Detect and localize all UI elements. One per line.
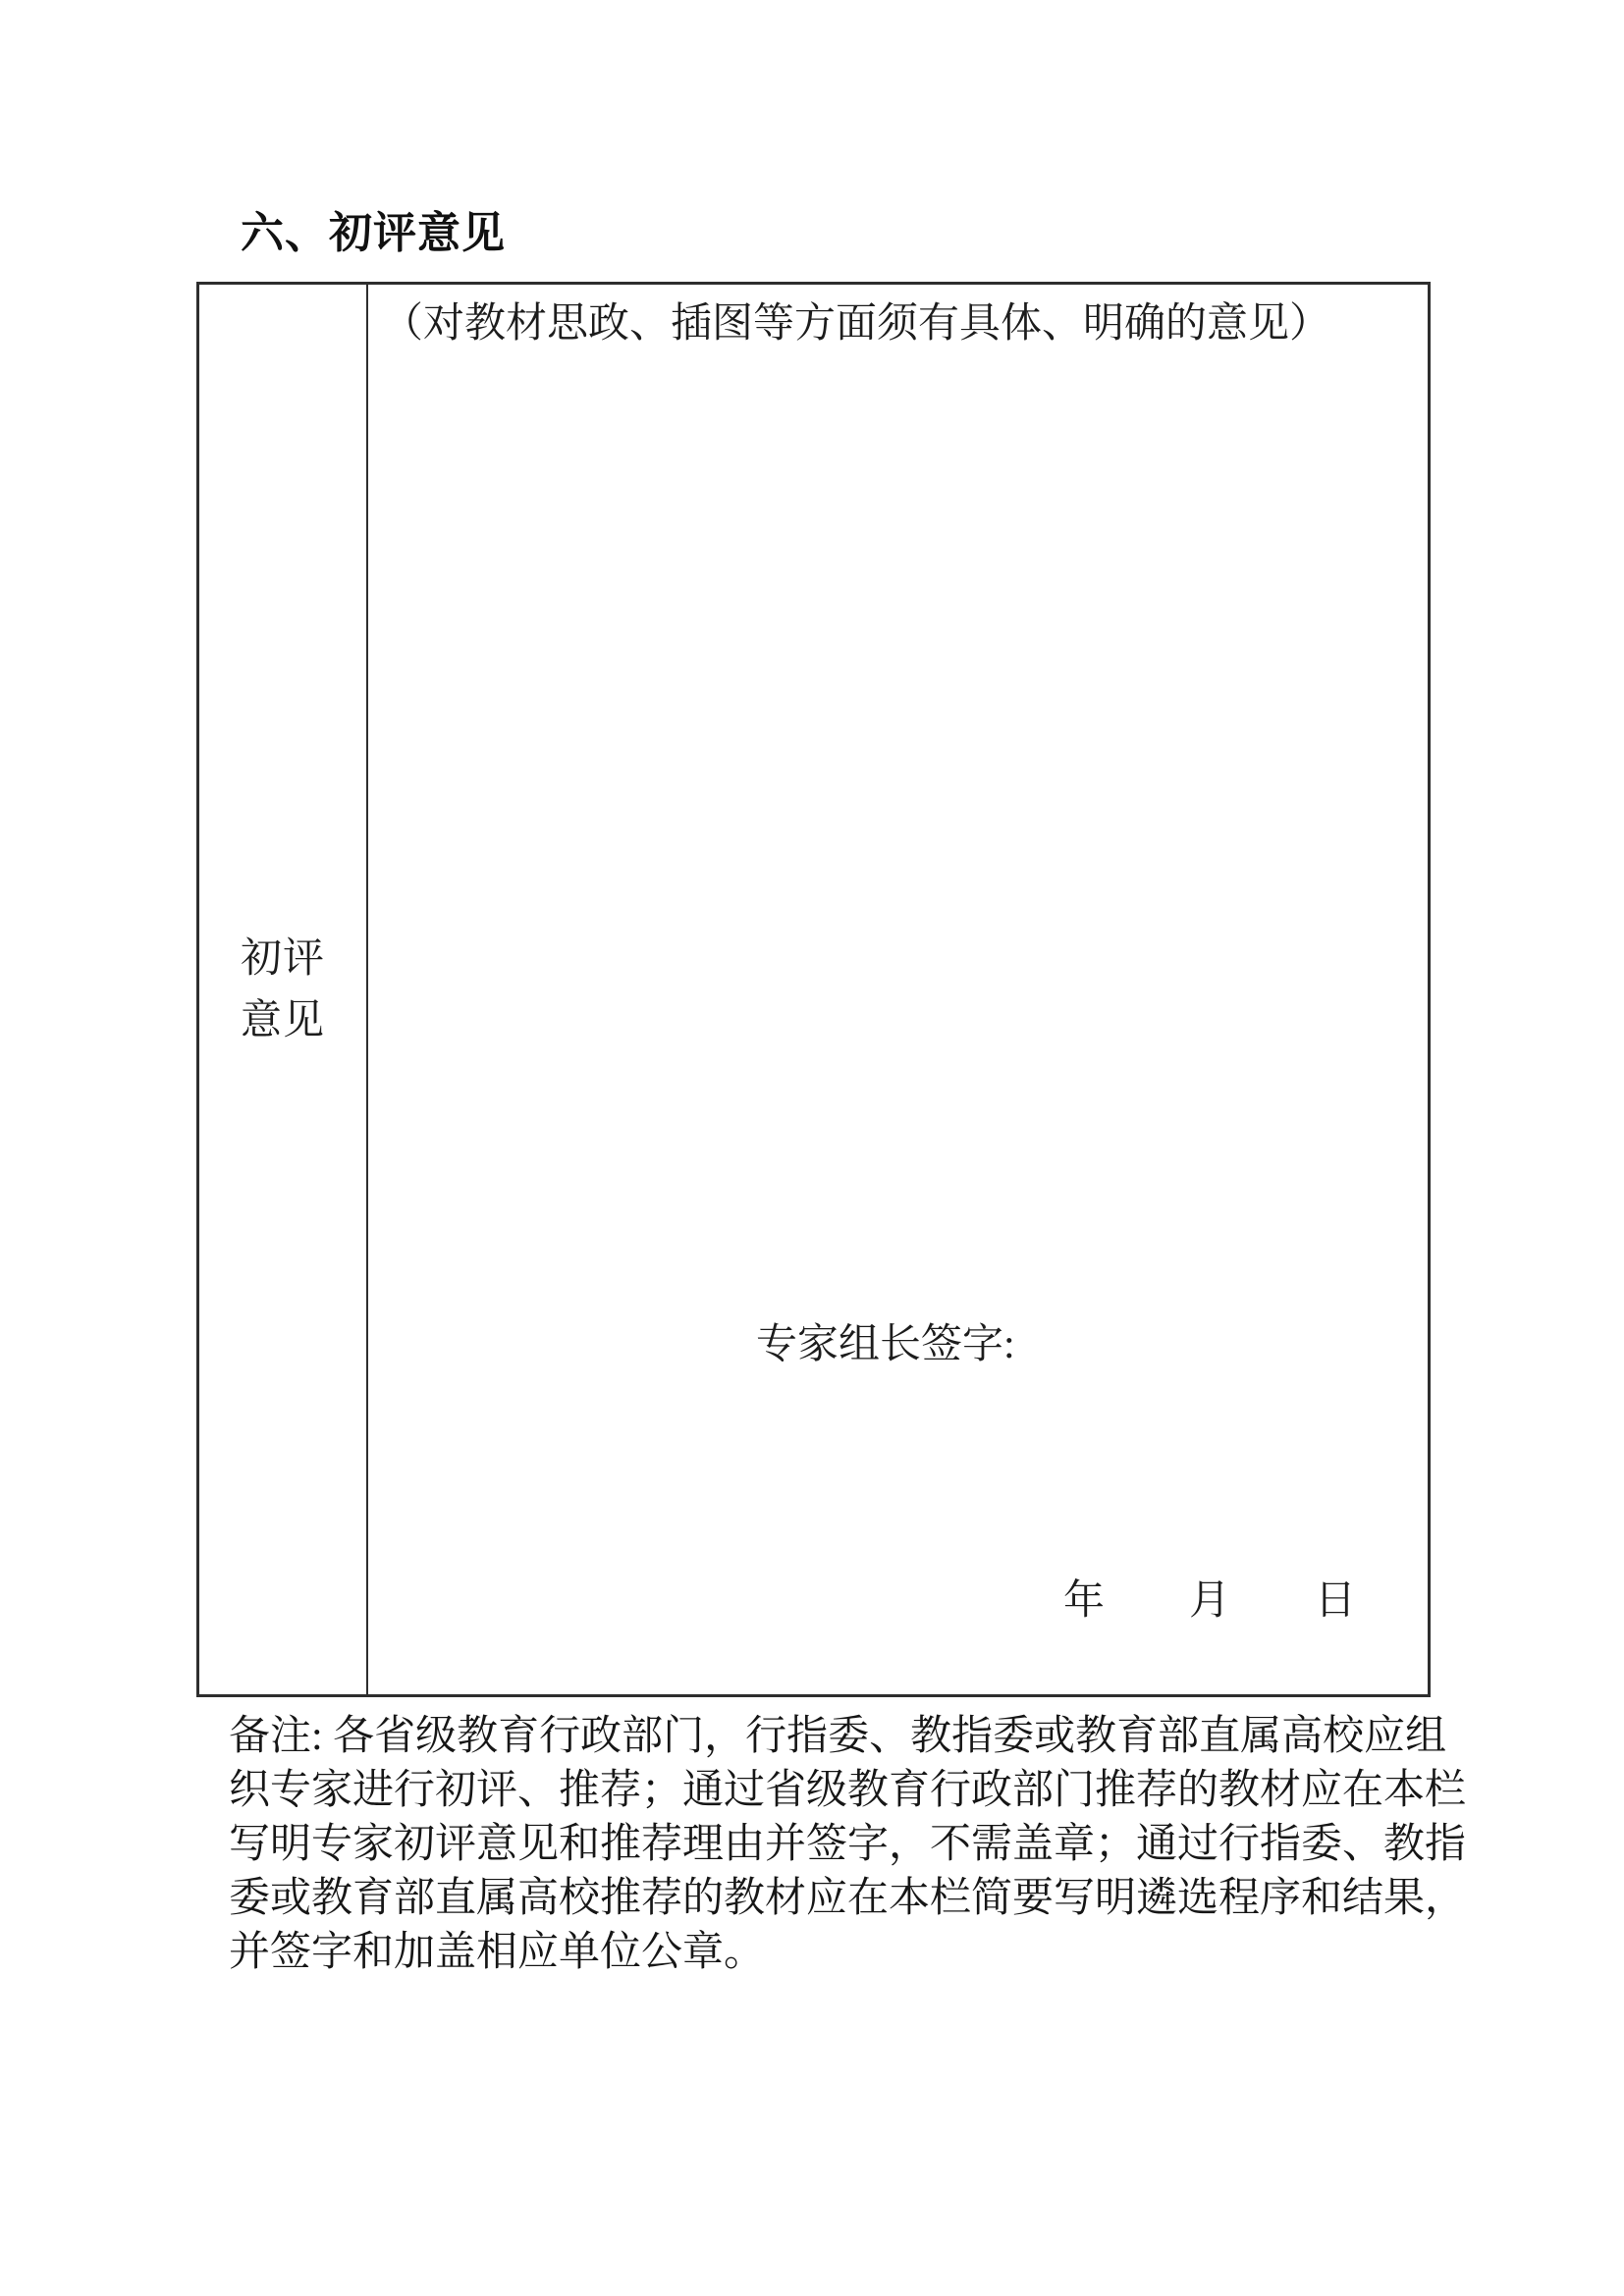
instruction-text: （对教材思政、插图等方面须有具体、明确的意见） (382, 298, 1330, 350)
row-label-line-1: 初评 (241, 938, 325, 980)
row-label-line-2: 意见 (241, 1000, 325, 1041)
footnote-line-5: 并签字和加盖相应单位公章。 (229, 1926, 1466, 1980)
footnote-block: 备注: 各省级教育行政部门，行指委、教指委或教育部直属高校应组 织专家进行初评、… (229, 1710, 1466, 1980)
row-header-cell: 初评 意见 (199, 285, 368, 1694)
footnote-line-4: 委或教育部直属高校推荐的教材应在本栏简要写明遴选程序和结果， (229, 1872, 1466, 1926)
date-line: 年 月 日 (1063, 1576, 1356, 1626)
footnote-line-3: 写明专家初评意见和推荐理由并签字，不需盖章；通过行指委、教指 (229, 1818, 1466, 1872)
footnote-line-1: 备注: 各省级教育行政部门，行指委、教指委或教育部直属高校应组 (229, 1710, 1466, 1764)
footnote-line-2: 织专家进行初评、推荐；通过省级教育行政部门推荐的教材应在本栏 (229, 1764, 1466, 1818)
section-heading: 六、初评意见 (241, 209, 506, 259)
month-label: 月 (1189, 1576, 1230, 1626)
opinion-content-cell: （对教材思政、插图等方面须有具体、明确的意见） 专家组长签字: 年 月 日 (368, 285, 1428, 1694)
review-opinion-table: 初评 意见 （对教材思政、插图等方面须有具体、明确的意见） 专家组长签字: 年 … (196, 282, 1431, 1697)
document-page: 六、初评意见 初评 意见 （对教材思政、插图等方面须有具体、明确的意见） 专家组… (0, 0, 1624, 2296)
year-label: 年 (1063, 1576, 1105, 1626)
signature-label: 专家组长签字: (756, 1320, 1015, 1369)
day-label: 日 (1315, 1576, 1356, 1626)
